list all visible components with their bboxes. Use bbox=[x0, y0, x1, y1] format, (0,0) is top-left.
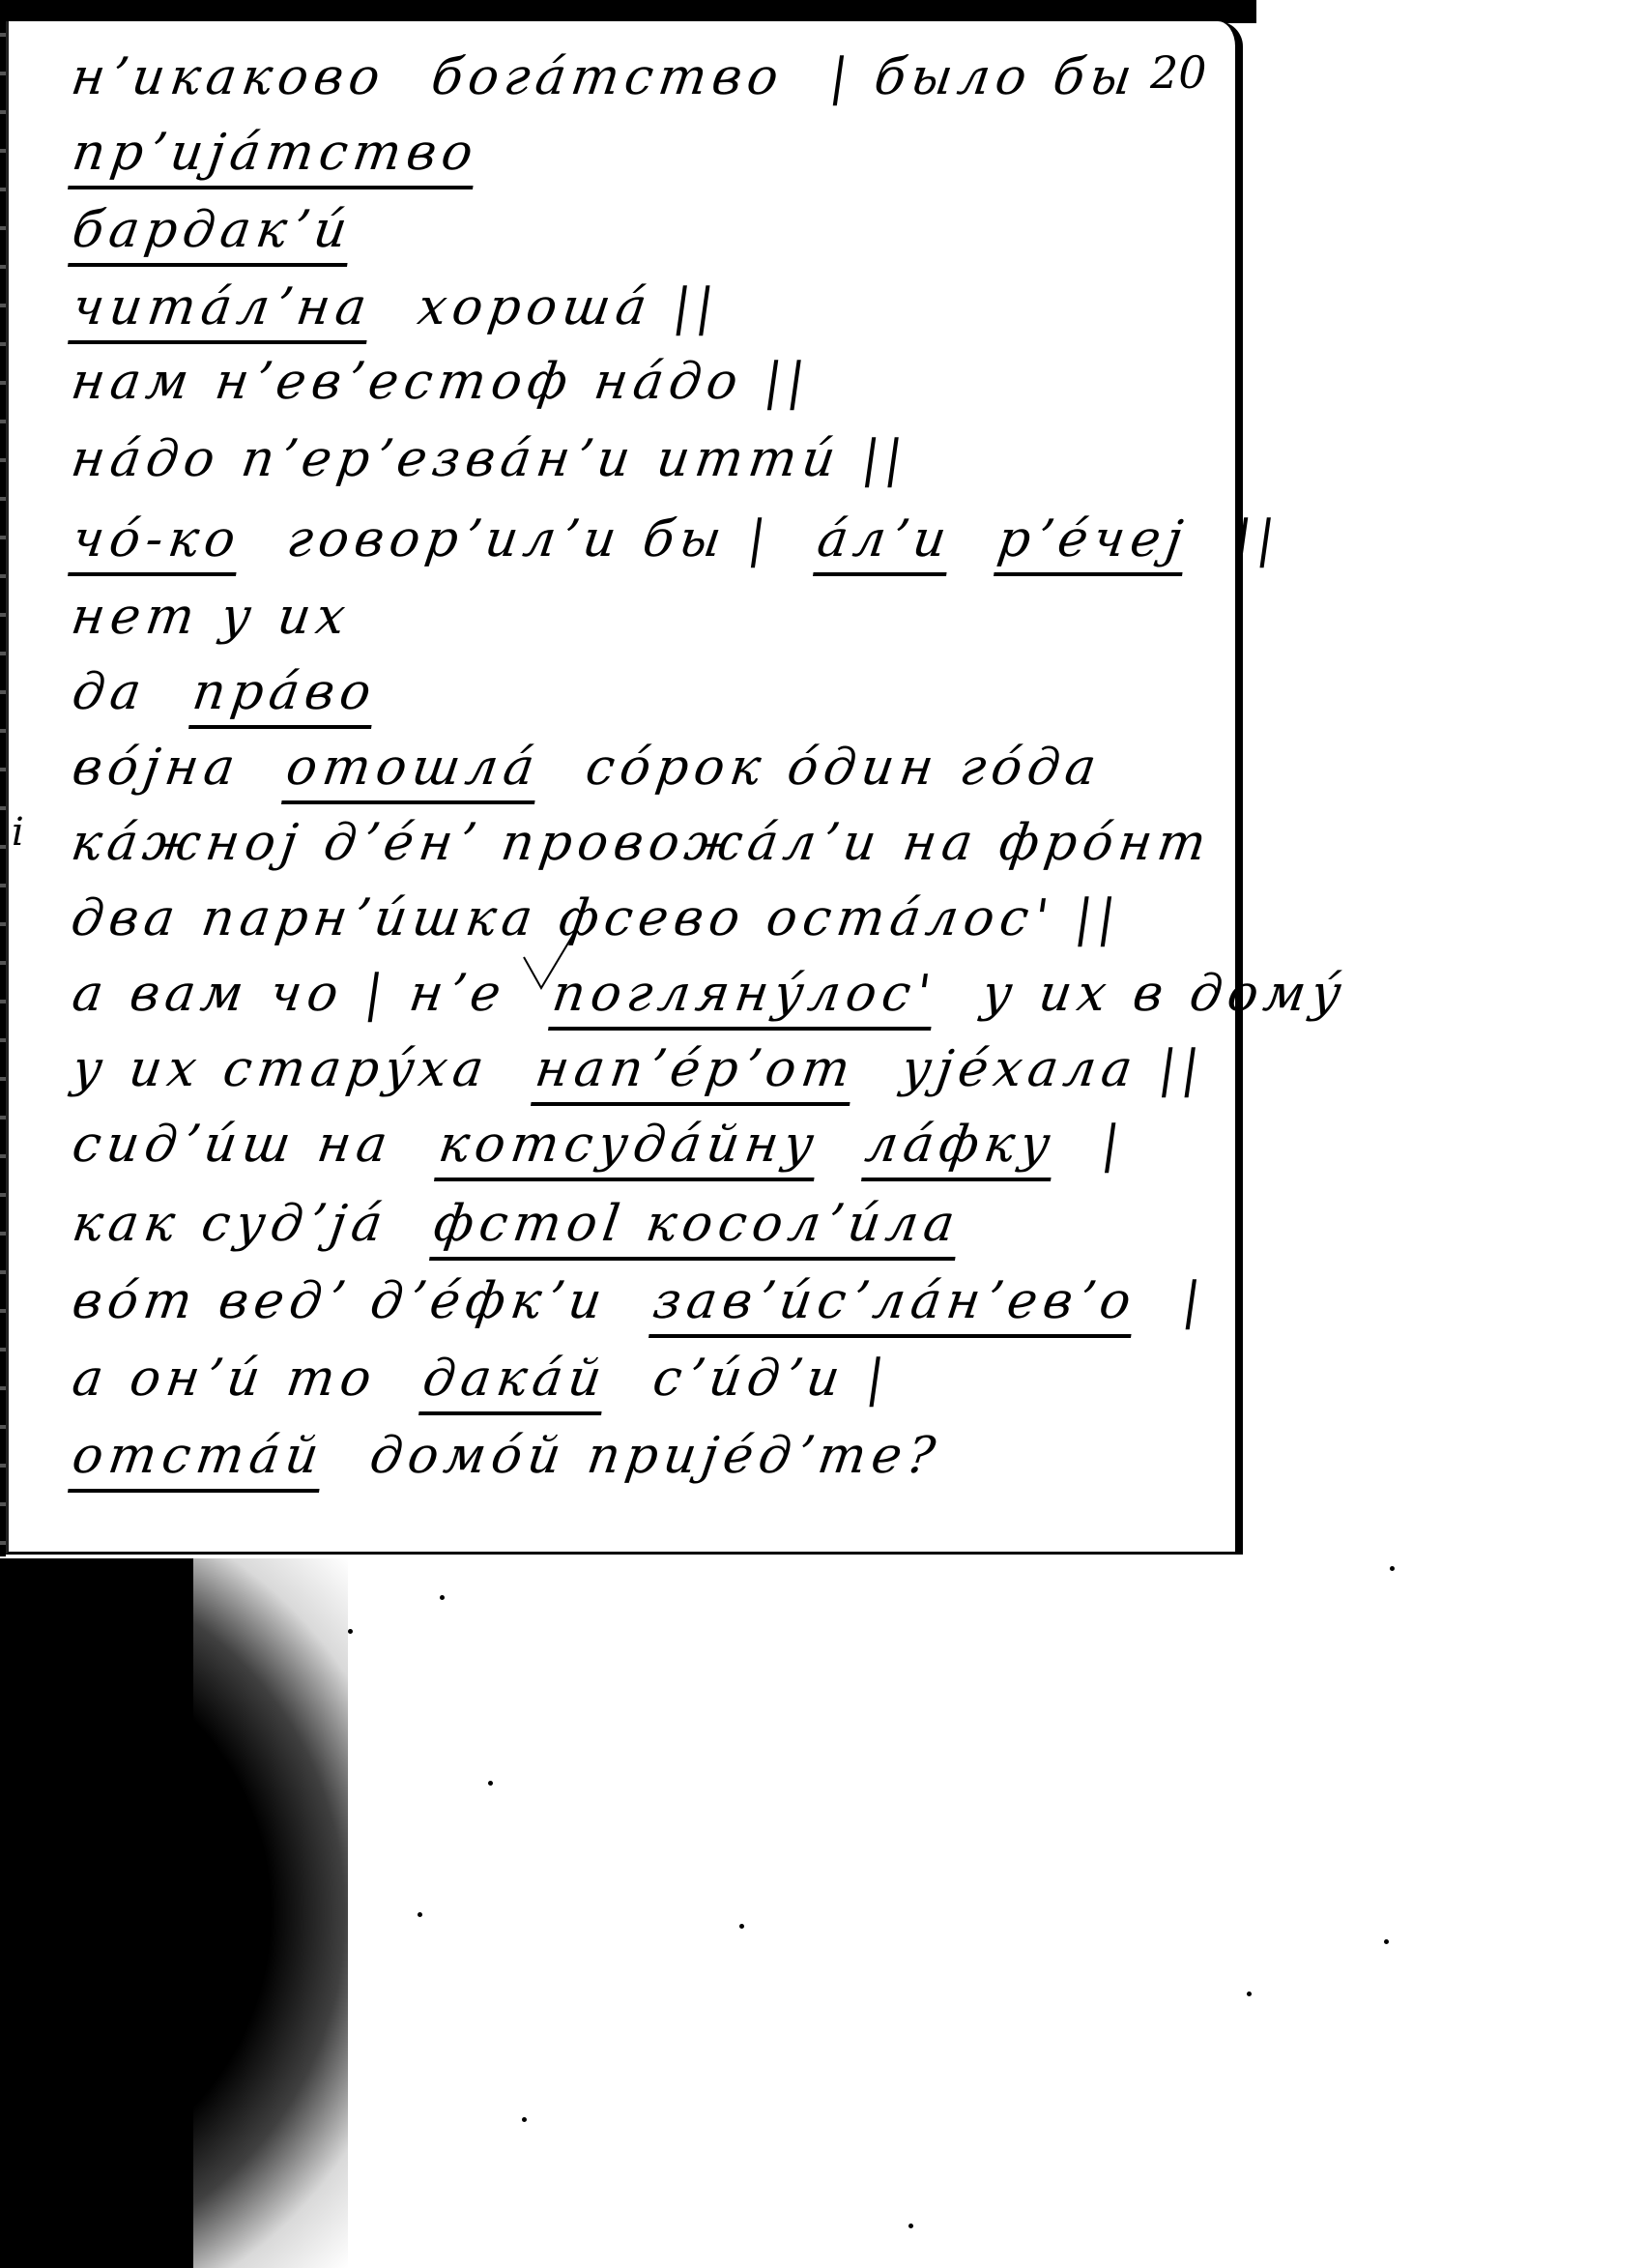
text-line: кáжноj дʼéнʼ провожáлʼи на фрóнт bbox=[68, 814, 1240, 872]
text-line: читáлʼна хорошá || bbox=[68, 278, 748, 344]
word: хорошá || bbox=[415, 278, 723, 336]
word: нáдо пʼерʼезвáнʼи итти́ || bbox=[68, 430, 911, 488]
text-line: у их старýха напʼéрʼот уjéхала || bbox=[68, 1040, 1234, 1106]
underlined-word: чó-ко bbox=[68, 510, 245, 576]
underlined-word: рʼéчеj bbox=[994, 510, 1192, 576]
underlined-word: напʼéрʼот bbox=[531, 1040, 859, 1106]
text-line: да прáво bbox=[68, 663, 405, 729]
text-line: бардакʼи́ bbox=[68, 201, 382, 267]
scan-speck bbox=[1247, 1992, 1252, 1996]
word: как судʼjá bbox=[69, 1195, 391, 1253]
underlined-word: áлʼи bbox=[813, 510, 956, 576]
word: нам нʼевʼестоф нáдо || bbox=[68, 353, 815, 411]
word: вóт ведʼ дʼéфкʼи bbox=[69, 1272, 611, 1330]
word: | bbox=[1098, 1116, 1129, 1174]
underlined-word: котсудáйну bbox=[434, 1116, 822, 1181]
word: нʼикаково bbox=[68, 48, 389, 106]
text-line: а онʼи́ то дакáй сʼи́дʼи | bbox=[68, 1350, 919, 1415]
scan-speck bbox=[1390, 1566, 1395, 1571]
word: сóрок óдин гóда bbox=[582, 739, 1105, 797]
text-line: чó-ко говорʼилʼи бы | áлʼи рʼéчеj || bbox=[68, 510, 1310, 576]
text-line: отстáй домóй приjéдʼте? bbox=[68, 1427, 969, 1493]
underlined-word: завʼи́сʼлáнʼевʼо bbox=[649, 1272, 1140, 1338]
scan-speck bbox=[418, 1912, 422, 1917]
scan-speck bbox=[348, 1629, 353, 1634]
text-line: как судʼjá фстоl косолʼи́ла bbox=[68, 1195, 989, 1261]
scan-speck bbox=[908, 2224, 913, 2228]
text-line: нам нʼевʼестоф нáдо || bbox=[68, 353, 840, 411]
word: говорʼилʼи бы | bbox=[283, 510, 775, 568]
word: а вам чо | нʼе bbox=[69, 965, 510, 1023]
word: два парнʼи́шка фсево остáлос' || bbox=[68, 889, 1125, 947]
underlined-word: бардакʼи́ bbox=[68, 201, 357, 267]
scan-speck bbox=[1384, 1939, 1389, 1944]
underlined-word: фстоl косолʼи́ла bbox=[429, 1195, 964, 1261]
scan-speck bbox=[522, 2117, 527, 2122]
word: у их старýха bbox=[69, 1040, 493, 1098]
underlined-word: отстáй bbox=[68, 1427, 328, 1493]
word: кáжноj дʼéнʼ провожáлʼи на фрóнт bbox=[68, 814, 1215, 872]
scan-speck bbox=[440, 1595, 445, 1600]
word: богáтство bbox=[428, 48, 788, 106]
margin-note: i bbox=[12, 810, 24, 855]
word: | bbox=[1179, 1272, 1210, 1330]
text-line: прʼиjáтство bbox=[68, 124, 507, 189]
text-line: сидʼи́ш на котсудáйну лáфку | bbox=[68, 1116, 1154, 1181]
scan-top-border bbox=[0, 0, 1256, 23]
text-line: а вам чо | нʼе поглянýлос' у их в домý bbox=[68, 965, 1375, 1031]
word: а онʼи́ то bbox=[69, 1350, 381, 1408]
word: домóй приjéдʼте? bbox=[366, 1427, 944, 1485]
scan-speck bbox=[739, 1924, 744, 1929]
underlined-word: прáво bbox=[188, 663, 381, 729]
text-line: нет у их bbox=[68, 588, 380, 646]
underlined-word: поглянýлос' bbox=[548, 965, 940, 1031]
underlined-word: читáлʼна bbox=[68, 278, 376, 344]
word: сидʼи́ш на bbox=[69, 1116, 396, 1174]
text-line: нáдо пʼерʼезвáнʼи итти́ || bbox=[68, 430, 937, 488]
word: || bbox=[1230, 510, 1283, 568]
text-line: вóт ведʼ дʼéфкʼи завʼи́сʼлáнʼевʼо | bbox=[68, 1272, 1235, 1338]
scan-speck bbox=[488, 1781, 493, 1786]
underlined-word: дакáй bbox=[418, 1350, 611, 1415]
word: да bbox=[69, 663, 150, 721]
underlined-word: прʼиjáтство bbox=[68, 124, 482, 189]
text-line: два парнʼи́шка фсево остáлос' || bbox=[68, 889, 1150, 947]
text-line: вójна отошлá сóрок óдин гóда bbox=[68, 739, 1131, 804]
scan-shadow-gradient bbox=[0, 1558, 348, 2268]
word: нет у их bbox=[68, 588, 355, 646]
word: сʼи́дʼи | bbox=[649, 1350, 894, 1408]
word: вójна bbox=[69, 739, 244, 797]
underlined-word: лáфку bbox=[861, 1116, 1060, 1181]
word: уjéхала || bbox=[898, 1040, 1209, 1098]
text-line: нʼикаково богáтство | было бы bbox=[68, 48, 1167, 106]
underlined-word: отошлá bbox=[281, 739, 543, 804]
word: у их в домý bbox=[978, 965, 1349, 1023]
word: | было бы bbox=[826, 48, 1141, 106]
